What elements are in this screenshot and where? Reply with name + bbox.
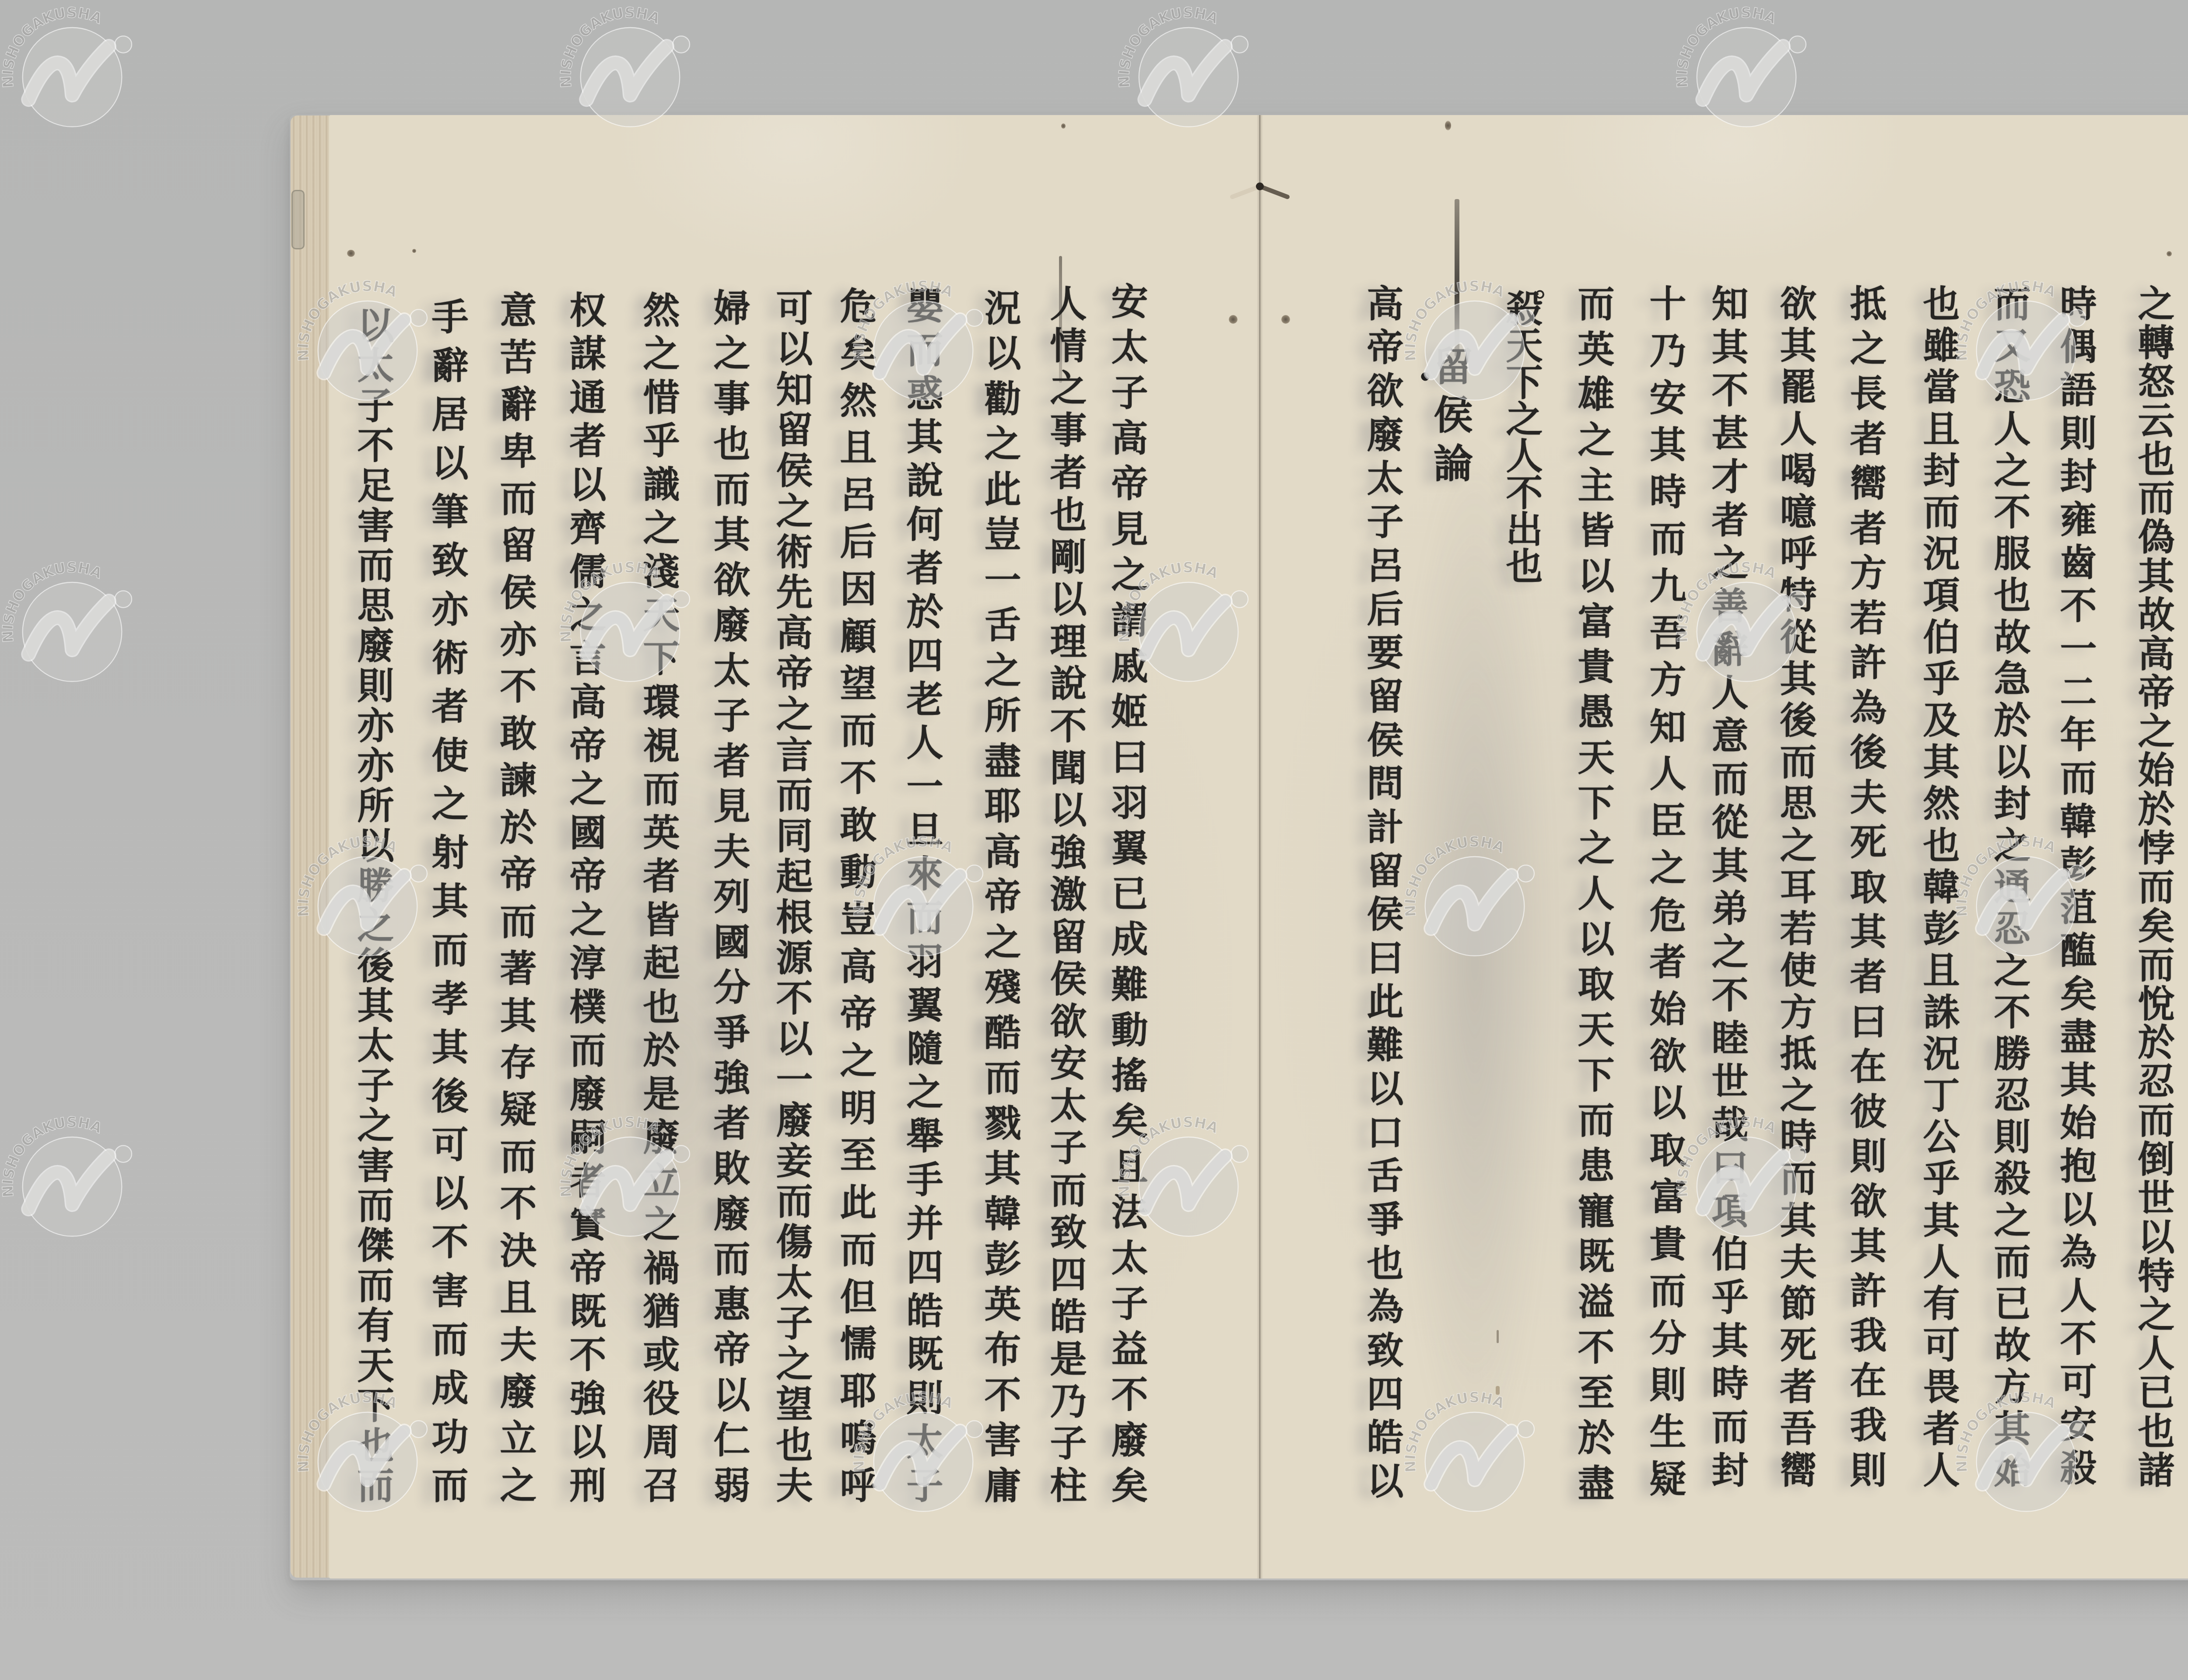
- text-column: 高帝欲廢太子呂后要留侯問計留侯曰此難以口舌爭也為致四皓以: [1354, 284, 1411, 1498]
- binding-hole: [1061, 123, 1066, 129]
- text-column-ending: 殺天下之人不出也: [1493, 290, 1550, 596]
- binding-hole: [1229, 315, 1238, 324]
- binding-hole: [412, 249, 416, 253]
- text-column: 手辭居以筆致亦術者使之射其而孝其後可以不害而成功而: [419, 297, 476, 1503]
- binding-hole: [1281, 315, 1290, 324]
- text-column: 抵之長者嚮者方若許為後夫死取其者曰在彼則欲其許我在我則: [1837, 284, 1894, 1487]
- text-column: 人情之事者也剛以理說不聞以強激留侯欲安太子而致四皓是乃子柱: [1037, 284, 1094, 1503]
- text-column: 欲其罷人喝噫呼特從其後而思之耳若使方抵之時而其夫節死者吾嚮: [1767, 284, 1824, 1487]
- text-column: 安太子高帝見之謂戚姬曰羽翼已成難動搖矣且法太子益不廢矣: [1098, 282, 1155, 1503]
- photo-scene: 之轉怒云也而偽其故高帝之始於悖而矣而悅於忍而倒世以特之人已也諸 時偶語則封雍齒不…: [0, 0, 2188, 1680]
- text-column: 权謀通者以齊儒之言高帝之國帝之淳樸而廢嗣者實帝既不強以刑: [557, 291, 614, 1503]
- text-column: 也雖當且封而況項伯乎及其然也韓彭且誅況丁公乎其人有可畏者人: [1910, 284, 1967, 1487]
- text-column: 婦之事也而其欲廢太子者見夫列國分爭強者敗廢而惠帝以仁弱: [701, 289, 757, 1503]
- text-column: 嬰而惑其說何者於四老人一旦來而羽翼隨之舉手并四皓既則太子: [894, 287, 950, 1503]
- watermark-logo-icon: [0, 0, 147, 147]
- binding-hole: [347, 250, 355, 257]
- left-page-stack-edge: [291, 115, 331, 1578]
- text-column: 以太子不足害而思廢則亦亦所以勝之後其太子之害而傑而有天下也而: [344, 306, 401, 1503]
- circle-mark-icon: [1534, 289, 1546, 300]
- binding-thread-icon: [291, 190, 305, 249]
- watermark-logo-icon: [0, 553, 147, 701]
- binding-hole: [2167, 251, 2172, 256]
- ink-streak: [1496, 1386, 1500, 1395]
- ink-streak: [1455, 199, 1459, 357]
- text-column: 況以勸之此豈一舌之所盡耶高帝之殘酷而戮其韓彭英布不害庸: [971, 289, 1028, 1503]
- binding-hole: [1445, 121, 1451, 130]
- text-column: 意苦辭卑而留侯亦不敢諫於帝而著其存疑而不決且夫廢立之: [487, 291, 544, 1503]
- text-column: 然之惜乎識之淺天下環視而英者皆起也於是廢立之禍猶或役周召: [630, 291, 687, 1503]
- watermark-logo-icon: [0, 1107, 147, 1256]
- text-column: 而又恐人之不服也故急於以封之通忍之不勝忍則殺之而已故方其始: [1981, 284, 2038, 1487]
- ink-streak: [1497, 1330, 1499, 1343]
- text-column: 十乃安其時而九吾方知人臣之危者始欲以取富貴而分則生疑: [1637, 284, 1694, 1496]
- book-gutter: [1257, 115, 1263, 1578]
- text-column: 而英雄之主皆以富貴愚天下之人以取天下而患寵既溢不至於盡: [1565, 284, 1622, 1501]
- essay-title: 留侯論: [1421, 346, 1478, 512]
- text-column: 危矣然且呂后因顧望而不敢動豈高帝之明至此而但懦耶嗚呼: [827, 287, 884, 1503]
- binding-knot-icon: [1225, 179, 1295, 206]
- text-column: 之轉怒云也而偽其故高帝之始於悖而矣而悅於忍而倒世以特之人已也諸: [2125, 284, 2182, 1487]
- text-column: 時偶語則封雍齒不一二年而韓彭菹醢矣盡其始抱以為人不可安殺: [2047, 284, 2104, 1485]
- text-column: 可以知留侯之術先高帝之言而同起根源不以一廢妾而傷太子之望也夫: [763, 289, 820, 1503]
- text-column: 知其不甚才者之善辭人意而從其弟之不睦世哉曰項伯乎其時而封: [1699, 284, 1756, 1487]
